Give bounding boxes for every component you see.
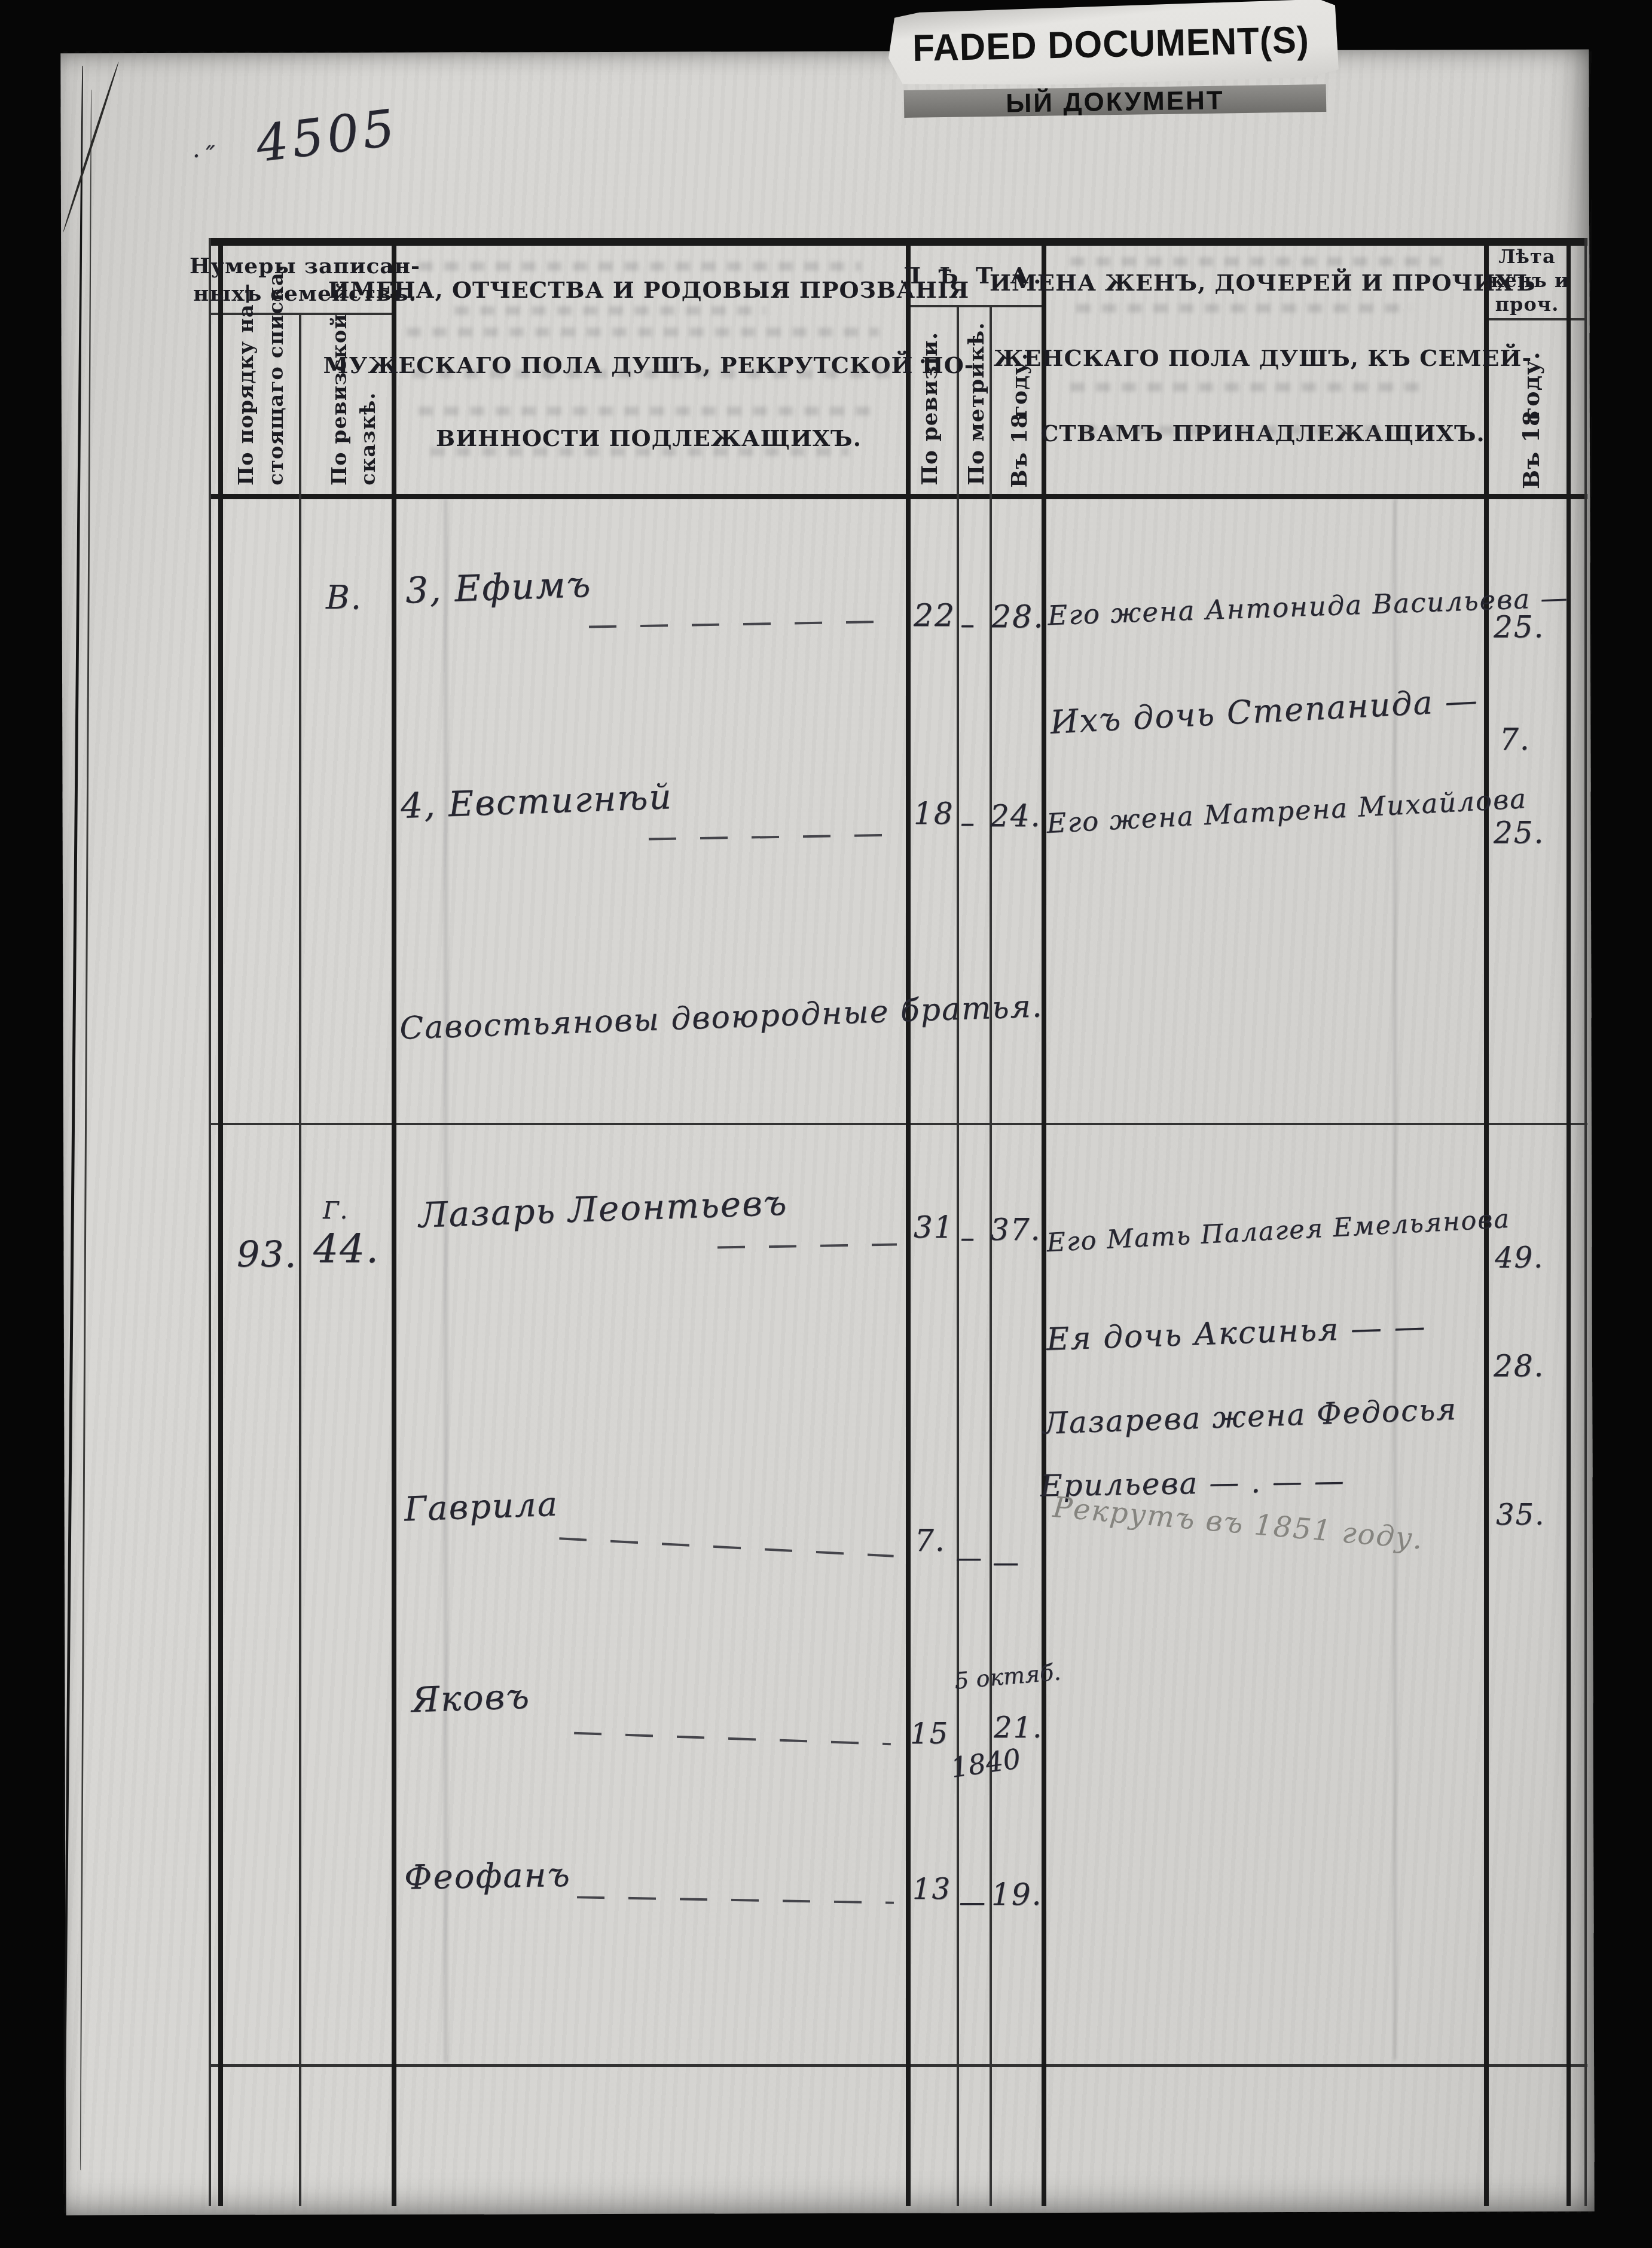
left-border-rule bbox=[218, 238, 223, 2206]
age-in-year-value: 37. bbox=[990, 1212, 1042, 1247]
wives-age-header-line1: Лѣта bbox=[1498, 245, 1555, 268]
revision-metrika-divider bbox=[957, 305, 959, 2206]
age-by-revision-value: 13 bbox=[912, 1873, 951, 1906]
bleed-through-text bbox=[419, 262, 861, 271]
outer-right-thin-rule bbox=[1584, 238, 1587, 2206]
revision-letter-mark: В. bbox=[326, 579, 362, 616]
male-name: Гаврила bbox=[404, 1485, 559, 1529]
female-age-value: 49. bbox=[1495, 1241, 1544, 1275]
section-divider-rule bbox=[209, 1123, 1587, 1125]
col-revision-vertical-label-line1: По ревизской bbox=[328, 313, 352, 485]
female-age-value: 35. bbox=[1496, 1498, 1545, 1532]
bleed-through-text bbox=[430, 447, 849, 456]
age-by-metrika-value: — bbox=[959, 1887, 987, 1917]
bleed-through-text bbox=[1070, 257, 1441, 266]
age-by-revision-vertical-label: По ревизіи. bbox=[917, 332, 942, 485]
age-by-metrika-vertical-label: По метрикѣ. bbox=[964, 322, 989, 485]
paper-crease bbox=[444, 499, 448, 2063]
age-by-revision-value: 31 bbox=[914, 1210, 954, 1245]
wivesage-subheader-rule bbox=[1484, 318, 1587, 320]
male-name: Яковъ bbox=[411, 1676, 531, 1721]
outer-left-thin-rule bbox=[209, 238, 211, 2206]
paper-crease bbox=[1393, 499, 1397, 2060]
partial-cyrillic-stamp: ЫЙ ДОКУМЕНТ bbox=[904, 84, 1327, 118]
faded-document-sticker: FADED DOCUMENT(S) bbox=[883, 0, 1339, 88]
partial-cyrillic-stamp-text: ЫЙ ДОКУМЕНТ bbox=[1006, 85, 1225, 117]
age-in-year-value: 19. bbox=[991, 1877, 1043, 1912]
age-in-year-value: 28. bbox=[991, 599, 1045, 635]
age-by-revision-value: 22 bbox=[914, 598, 955, 634]
metrika-year-divider bbox=[990, 305, 992, 2206]
faded-document-sticker-text: FADED DOCUMENT(S) bbox=[912, 18, 1309, 69]
female-age-value: 25. bbox=[1494, 815, 1545, 850]
wives-year-vertical-label-bottom: Въ 18 bbox=[1517, 410, 1544, 489]
males-header-line1: ИМЕНА, ОТЧЕСТВА И РОДОВЫЯ ПРОЗВАНІЯ bbox=[328, 276, 970, 303]
col-order-vertical-label-line2: стоящаго списка. bbox=[264, 264, 288, 485]
age-by-revision-value: 15 bbox=[910, 1717, 949, 1751]
bleed-through-text bbox=[413, 369, 891, 378]
revision-number-mark: Г. bbox=[323, 1197, 349, 1224]
pen-mark: ·˝ bbox=[193, 142, 215, 170]
male-name: Феофанъ bbox=[404, 1856, 571, 1898]
age-by-metrika-value: – bbox=[960, 607, 976, 641]
header-bottom-rule bbox=[209, 494, 1587, 499]
female-age-value: 25. bbox=[1494, 610, 1545, 645]
bleed-through-text bbox=[407, 328, 879, 337]
age-year-vertical-label-bottom: Въ 18 bbox=[1007, 413, 1032, 488]
females-header-line1: ИМЕНА ЖЕНЪ, ДОЧЕРЕЙ И ПРОЧИХЪ bbox=[990, 269, 1536, 296]
scanned-archival-page: FADED DOCUMENT(S) ЫЙ ДОКУМЕНТ 4505 ·˝ Ну… bbox=[0, 0, 1652, 2248]
col-order-divider bbox=[299, 313, 301, 2206]
name-leta-divider bbox=[906, 238, 911, 2206]
bleed-through-text bbox=[454, 306, 765, 315]
col-revision-vertical-label-line2: сказкѣ. bbox=[356, 392, 380, 485]
wives-age-header-line3: проч. bbox=[1495, 293, 1559, 316]
female-age-value: 7. bbox=[1500, 722, 1531, 757]
age-by-metrika-value: – bbox=[960, 806, 976, 839]
leta-subheader-rule bbox=[906, 305, 1042, 307]
bleed-through-text bbox=[1082, 426, 1393, 435]
revision-number: 44. bbox=[313, 1226, 380, 1272]
age-in-year-value: 24. bbox=[990, 799, 1042, 833]
list-number: 93. bbox=[237, 1234, 297, 1276]
numbers-name-divider bbox=[392, 238, 396, 2206]
bleed-through-text bbox=[1070, 383, 1429, 392]
wives-age-header-line2: женъ и bbox=[1485, 269, 1569, 292]
age-in-year-value: — bbox=[993, 1547, 1020, 1578]
col-order-vertical-label-line1: По порядку на— bbox=[234, 283, 258, 485]
table-bottom-rule bbox=[209, 2064, 1587, 2067]
bleed-through-text bbox=[1076, 304, 1411, 313]
table-top-rule bbox=[209, 238, 1587, 246]
numbers-header-line1: Нумеры записан- bbox=[190, 253, 420, 279]
right-border-rule bbox=[1567, 238, 1571, 2206]
age-by-metrika-value: – bbox=[960, 1221, 976, 1254]
age-by-metrika-value: — bbox=[955, 1543, 983, 1573]
bleed-through-text bbox=[419, 407, 873, 416]
females-header-line2: ЖЕНСКАГО ПОЛА ДУШЪ, КЪ СЕМЕЙ- bbox=[994, 344, 1532, 371]
male-name: 3, Ефимъ bbox=[405, 564, 593, 612]
age-by-revision-value: 7. bbox=[915, 1523, 946, 1558]
age-in-year-value: 21. bbox=[994, 1711, 1043, 1745]
female-age-value: 28. bbox=[1494, 1349, 1545, 1383]
age-by-revision-value: 18 bbox=[914, 796, 954, 831]
